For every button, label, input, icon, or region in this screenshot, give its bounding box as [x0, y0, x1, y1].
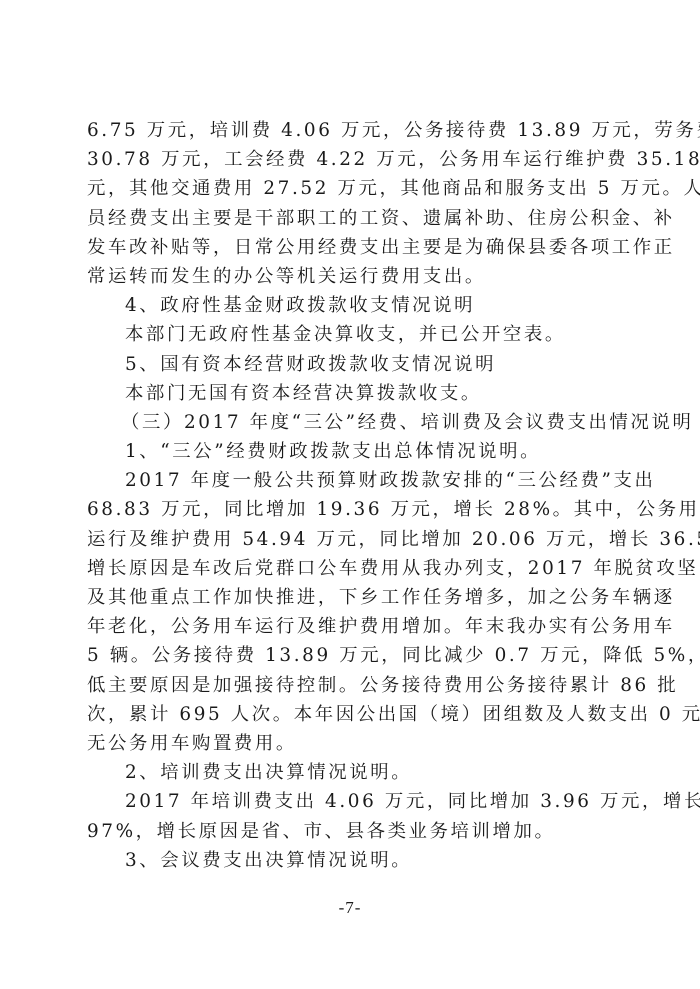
- document-page: 6.75 万元，培训费 4.06 万元，公务接待费 13.89 万元，劳务费 3…: [87, 116, 614, 875]
- body-line-19: 5 辆。公务接待费 13.89 万元，同比减少 0.7 万元，降低 5%，降: [87, 641, 614, 670]
- body-line-14: 68.83 万元，同比增加 19.36 万元，增长 28%。其中，公务用车: [87, 495, 614, 524]
- state-capital-statement: 本部门无国有资本经营决算拨款收支。: [87, 379, 614, 408]
- body-line-17: 及其他重点工作加快推进，下乡工作任务增多，加之公务车辆逐: [87, 583, 614, 612]
- body-line-25: 97%，增长原因是省、市、县各类业务培训增加。: [87, 817, 614, 846]
- body-line-20: 低主要原因是加强接待控制。公务接待费用公务接待累计 86 批: [87, 671, 614, 700]
- heading-three-public-overview: 1、“三公”经费财政拨款支出总体情况说明。: [87, 437, 614, 466]
- government-fund-statement: 本部门无政府性基金决算收支，并已公开空表。: [87, 320, 614, 349]
- body-line-24: 2017 年培训费支出 4.06 万元，同比增加 3.96 万元，增长: [87, 787, 614, 816]
- heading-government-fund: 4、政府性基金财政拨款收支情况说明: [87, 291, 614, 320]
- body-line-13: 2017 年度一般公共预算财政拨款安排的“三公经费”支出: [87, 466, 614, 495]
- body-line-21: 次，累计 695 人次。本年因公出国（境）团组数及人数支出 0 元，: [87, 700, 614, 729]
- body-line-4: 员经费支出主要是干部职工的工资、遗属补助、住房公积金、补: [87, 204, 614, 233]
- body-line-5: 发车改补贴等，日常公用经费支出主要是为确保县委各项工作正: [87, 233, 614, 262]
- section-heading-three-public: （三）2017 年度“三公”经费、培训费及会议费支出情况说明: [87, 408, 614, 437]
- heading-meeting-fee: 3、会议费支出决算情况说明。: [87, 846, 614, 875]
- heading-training-fee: 2、培训费支出决算情况说明。: [87, 758, 614, 787]
- body-line-6: 常运转而发生的办公等机关运行费用支出。: [87, 262, 614, 291]
- body-line-3: 元，其他交通费用 27.52 万元，其他商品和服务支出 5 万元。人: [87, 174, 614, 203]
- body-line-18: 年老化，公务用车运行及维护费用增加。年末我办实有公务用车: [87, 612, 614, 641]
- body-line-1: 6.75 万元，培训费 4.06 万元，公务接待费 13.89 万元，劳务费: [87, 116, 614, 145]
- heading-state-capital: 5、国有资本经营财政拨款收支情况说明: [87, 350, 614, 379]
- body-line-15: 运行及维护费用 54.94 万元，同比增加 20.06 万元，增长 36.51%…: [87, 525, 614, 554]
- body-line-2: 30.78 万元，工会经费 4.22 万元，公务用车运行维护费 35.18 万: [87, 145, 614, 174]
- body-line-22: 无公务用车购置费用。: [87, 729, 614, 758]
- page-number: -7-: [0, 898, 700, 918]
- body-line-16: 增长原因是车改后党群口公车费用从我办列支，2017 年脱贫攻坚: [87, 554, 614, 583]
